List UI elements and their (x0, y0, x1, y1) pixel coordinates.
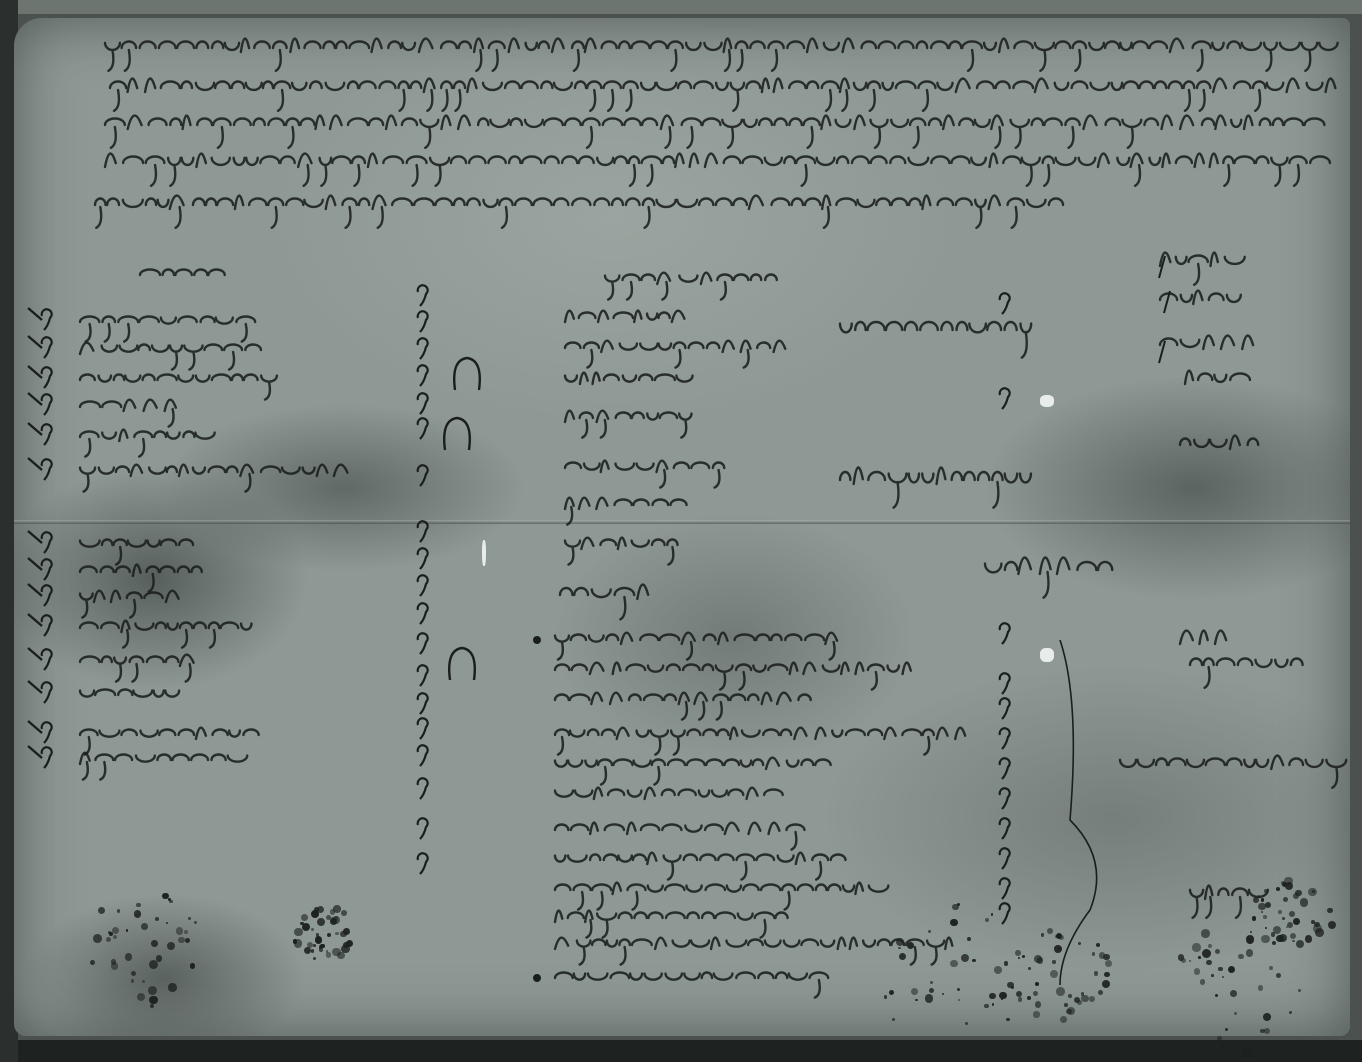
ink-blot-speck (330, 909, 335, 914)
ink-blot-speck (1246, 935, 1254, 943)
amount-glyph (418, 665, 428, 686)
ink-blot-speck (1089, 996, 1095, 1002)
ink-blot-speck (117, 909, 120, 912)
bullet-dot (533, 974, 541, 982)
tick-mark-icon (28, 393, 42, 405)
ink-blot-speck (141, 923, 148, 930)
ink-blot-speck (1246, 949, 1254, 957)
amount-glyph (418, 718, 428, 739)
ink-blot-speck (1328, 921, 1336, 929)
ink-blot-speck (984, 1004, 988, 1008)
left-list-item-text (80, 565, 202, 592)
ink-blot-speck (1060, 1016, 1067, 1023)
amount-glyph (418, 418, 428, 439)
item-number-glyph (42, 722, 52, 743)
left-list-item-text (80, 728, 259, 755)
ink-blot-speck (1282, 917, 1285, 920)
ink-blot-speck (1327, 908, 1332, 913)
ink-blot-speck (1094, 971, 1099, 976)
amount-glyph (1000, 903, 1010, 924)
ink-blot-speck (1064, 1003, 1068, 1007)
tick-mark-icon (28, 458, 42, 470)
ink-blot-speck (343, 942, 349, 948)
tick-mark-icon (28, 721, 42, 733)
left-list-item-text (80, 430, 215, 457)
ink-blot-speck (332, 948, 340, 956)
margin-note (1160, 253, 1245, 285)
header-text-line (105, 39, 1338, 71)
ink-blot-speck (1222, 976, 1224, 978)
left-list-item-text (80, 591, 179, 618)
ink-blot-speck (1194, 968, 1201, 975)
ink-blot-speck (1264, 1051, 1267, 1054)
ink-blot-speck (150, 1004, 154, 1008)
amount-glyph (1000, 698, 1010, 719)
amount-glyph (1000, 788, 1010, 809)
margin-note (1180, 436, 1258, 449)
ink-blot-speck (1027, 996, 1031, 1000)
middle-annotation (840, 322, 1031, 358)
amount-glyph (418, 818, 428, 839)
ink-blot-speck (294, 939, 302, 947)
ink-blot-speck (194, 921, 197, 924)
right-margin-notes (1060, 253, 1346, 985)
amount-glyph (418, 745, 428, 766)
middle-list-item-text (555, 883, 888, 910)
amount-glyph (418, 365, 428, 386)
tick-mark-icon (28, 336, 42, 348)
amount-glyph (1000, 293, 1010, 314)
ink-blot-speck (301, 914, 308, 921)
ink-blot-speck (898, 947, 900, 949)
ink-blot-speck (313, 944, 316, 947)
tick-mark-icon (28, 366, 42, 378)
bullet-dot (533, 636, 541, 644)
item-number-glyph (42, 424, 52, 445)
middle-list-item-text (555, 728, 965, 755)
ink-blot-speck (315, 936, 322, 943)
ink-blot-speck (1068, 994, 1072, 998)
ink-blot-speck (1033, 1011, 1039, 1017)
ink-blot-speck (1081, 995, 1088, 1002)
ink-blot-speck (1215, 994, 1218, 997)
amount-glyph (418, 693, 428, 714)
tick-mark-icon (28, 648, 42, 660)
left-list-item-text (80, 374, 277, 399)
item-number-glyph (42, 615, 52, 636)
amount-glyph (418, 393, 428, 414)
ink-blot-speck (294, 928, 302, 936)
ink-blot-speck (1081, 992, 1085, 996)
item-number-glyph (42, 585, 52, 606)
left-list-item-text (80, 316, 255, 341)
ink-blot-speck (1276, 935, 1284, 943)
ink-blot-speck (1278, 910, 1282, 914)
ink-blot-speck (151, 940, 158, 947)
margin-note (1120, 756, 1346, 788)
item-number-glyph (42, 394, 52, 415)
header-paragraph (95, 39, 1338, 228)
left-list-column (28, 269, 480, 874)
ink-blot-speck (1293, 918, 1300, 925)
middle-list-item-text (565, 341, 785, 368)
middle-list-item-text (555, 911, 788, 938)
amount-glyph (418, 853, 428, 874)
ink-blot-speck (1015, 950, 1021, 956)
ink-blot-speck (1264, 889, 1268, 893)
handwriting-layer (0, 0, 1362, 1062)
ink-blot-speck (185, 938, 190, 943)
loop-annotation (449, 648, 475, 680)
item-number-glyph (42, 367, 52, 388)
ink-blot-speck (1035, 1001, 1042, 1008)
header-text-line (110, 79, 1335, 111)
amount-glyph (418, 465, 428, 486)
ink-blot-speck (1261, 898, 1264, 901)
ink-blot-speck (1285, 882, 1293, 890)
item-number-glyph (42, 747, 52, 768)
ink-blot-speck (1253, 897, 1259, 903)
ink-blot-speck (991, 913, 994, 916)
amount-glyph (1000, 388, 1010, 409)
ink-blot-speck (1052, 960, 1055, 963)
amount-glyph (1000, 623, 1010, 644)
ink-blot-speck (1252, 916, 1256, 920)
item-number-glyph (42, 309, 52, 330)
margin-note (1190, 658, 1303, 687)
ink-blot-speck (1283, 897, 1288, 902)
middle-list-item-text (565, 538, 678, 565)
middle-list-column (533, 273, 1112, 998)
left-list-item-text (80, 621, 251, 648)
ink-blot-speck (961, 954, 969, 962)
ink-blot-speck (1265, 927, 1267, 929)
ink-blot-speck (176, 927, 183, 934)
ink-blot-speck (137, 993, 145, 1001)
ink-blot-speck (1018, 997, 1022, 1001)
item-number-glyph (42, 337, 52, 358)
paper-tear-mark (1040, 395, 1054, 407)
tick-mark-icon (28, 558, 42, 570)
left-list-item-text (80, 343, 261, 370)
loop-annotation (454, 358, 480, 390)
middle-list-item-text (555, 853, 845, 880)
ink-blot-speck (907, 942, 914, 949)
ink-blot-speck (1092, 952, 1095, 955)
amount-glyph (1000, 878, 1010, 899)
ink-blot-speck (1281, 881, 1284, 884)
ink-blot-speck (896, 938, 904, 946)
ink-blot-speck (188, 917, 191, 920)
margin-note (1160, 336, 1253, 349)
ink-blot-speck (1006, 1018, 1009, 1021)
bracket-line (1060, 640, 1097, 985)
header-text-line (105, 154, 1330, 186)
tick-mark-icon (28, 423, 42, 435)
ink-blot-speck (1308, 888, 1317, 897)
ink-blot-speck (957, 903, 960, 906)
ink-blot-speck (992, 1003, 994, 1005)
amount-glyph (1000, 728, 1010, 749)
ink-blot-speck (1296, 940, 1304, 948)
tick-mark-icon (28, 308, 42, 320)
middle-annotation (985, 557, 1112, 597)
ink-blot-speck (111, 959, 116, 964)
ink-blot-speck (1258, 903, 1266, 911)
middle-list-item-text (565, 411, 691, 438)
ink-blot-speck (1276, 973, 1281, 978)
ink-blot-speck (1258, 985, 1263, 990)
left-list-item-text (80, 655, 194, 682)
left-list-item-text (80, 690, 179, 697)
item-number-glyph (42, 559, 52, 580)
ink-blot-speck (1263, 1013, 1271, 1021)
header-text-line (95, 196, 1063, 228)
middle-list-item-text (555, 758, 831, 785)
ink-blot-speck (1211, 974, 1214, 977)
paper-tear-mark (1040, 648, 1054, 662)
paper-tear-mark (482, 540, 486, 566)
tick-mark-icon (28, 746, 42, 758)
ink-blot-speck (999, 992, 1006, 999)
middle-subheading (560, 585, 648, 620)
amount-glyph (418, 778, 428, 799)
ink-blot-speck (190, 963, 195, 968)
ink-blot-speck (1290, 933, 1296, 939)
middle-list-item-text (555, 693, 811, 720)
item-number-glyph (42, 682, 52, 703)
margin-note (1180, 631, 1226, 644)
ink-blot-speck (1218, 967, 1223, 972)
loop-annotation (444, 418, 470, 450)
ink-blot-speck (1099, 952, 1106, 959)
ink-blot-speck (1206, 960, 1212, 966)
amount-glyph (418, 311, 428, 332)
ink-blot-speck (1004, 961, 1008, 965)
margin-note (1160, 291, 1241, 304)
tick-mark-icon (28, 531, 42, 543)
middle-list-item-text (565, 373, 693, 384)
ink-blot-speck (1202, 949, 1211, 958)
amount-glyph (418, 548, 428, 569)
ink-blot-speck (317, 918, 325, 926)
left-column-heading (140, 269, 225, 275)
amount-glyph (418, 521, 428, 542)
ink-blot-speck (106, 937, 111, 942)
middle-list-item-text (565, 311, 684, 322)
ink-blot-speck (125, 953, 132, 960)
ink-blot-speck (1022, 955, 1025, 958)
ink-blot-speck (994, 966, 1002, 974)
ink-blot-speck (142, 980, 145, 983)
middle-list-item-text (565, 498, 687, 525)
header-text-line (105, 116, 1324, 148)
ink-blot-speck (126, 929, 129, 932)
ink-blot-speck (131, 979, 135, 983)
ink-blot-speck (1238, 954, 1244, 960)
amount-glyph (418, 603, 428, 624)
middle-annotation (840, 467, 1031, 507)
amount-glyph (418, 575, 428, 596)
middle-list-item-text (555, 938, 952, 965)
amount-glyph (1000, 818, 1010, 839)
ink-blot-speck (300, 922, 303, 925)
ink-blot-speck (168, 983, 176, 991)
ink-blot-speck (1300, 898, 1308, 906)
ink-blot-speck (1056, 987, 1065, 996)
ink-blot-speck (148, 986, 157, 995)
tick-mark-icon (28, 584, 42, 596)
ink-blot-speck (1105, 960, 1112, 967)
middle-list-item-text (555, 823, 804, 850)
amount-glyph (1000, 758, 1010, 779)
left-list-item-text (80, 540, 193, 565)
amount-glyph (418, 285, 428, 306)
ink-blot-speck (1261, 911, 1263, 913)
ink-blot-speck (1096, 943, 1100, 947)
ink-blot-speck (925, 994, 933, 1002)
amount-glyph (418, 633, 428, 654)
left-list-item-text (80, 753, 247, 780)
ink-blot-speck (1221, 1044, 1225, 1048)
ink-blot-speck (1264, 1028, 1270, 1034)
ink-blot-speck (136, 903, 141, 908)
middle-list-item-text (555, 633, 837, 660)
item-number-glyph (42, 532, 52, 553)
ink-blot-speck (1263, 915, 1266, 918)
ink-blot-speck (1198, 956, 1201, 959)
tick-mark-icon (28, 681, 42, 693)
ink-blot-speck (1305, 935, 1313, 943)
tick-mark-icon (28, 614, 42, 626)
ink-blot-speck (1201, 929, 1210, 938)
ink-blot-speck (1054, 945, 1062, 953)
left-list-item-text (80, 400, 176, 427)
item-number-glyph (42, 459, 52, 480)
middle-list-item-text (555, 788, 783, 799)
ink-blot-speck (178, 937, 184, 943)
left-list-item-text (80, 465, 348, 492)
ink-blot-speck (989, 993, 996, 1000)
item-number-glyph (42, 649, 52, 670)
middle-list-item-text (565, 461, 724, 488)
ink-blot-speck (149, 996, 157, 1004)
ink-blot-speck (1228, 966, 1235, 973)
middle-column-heading (605, 273, 777, 300)
amount-glyph (1000, 673, 1010, 694)
ink-blot-speck (1200, 979, 1206, 985)
ink-blot-speck (1295, 890, 1302, 897)
ink-blot-speck (1098, 990, 1103, 995)
middle-list-item-text (555, 663, 911, 690)
amount-glyph (1000, 848, 1010, 869)
ink-blot-speck (1192, 943, 1200, 951)
ink-blot-speck (1104, 972, 1109, 977)
margin-note (1185, 371, 1250, 384)
ink-blot-speck (1189, 960, 1191, 962)
ink-blot-speck (93, 934, 102, 943)
middle-list-item-text (555, 972, 828, 997)
amount-glyph (418, 338, 428, 359)
